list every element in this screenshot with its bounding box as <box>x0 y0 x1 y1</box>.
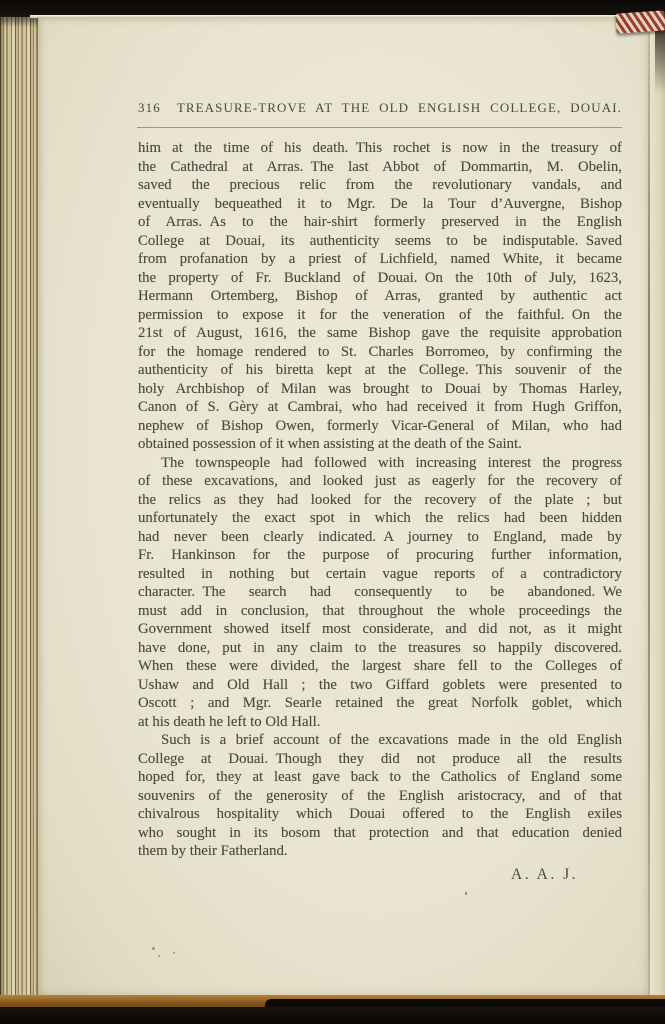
text-line: must add in conclusion, that throughout … <box>138 602 622 621</box>
text-line: College at Douai, its authenticity seems… <box>138 232 622 251</box>
text-line: saved the precious relic from the revolu… <box>138 176 622 195</box>
text-line: nephew of Bishop Owen, formerly Vicar-Ge… <box>138 417 622 436</box>
text-line: Hermann Ortemberg, Bishop of Arras, gran… <box>138 287 622 306</box>
text-line: chivalrous hospitality which Douai offer… <box>138 805 622 824</box>
text-line: 21st of August, 1616, the same Bishop ga… <box>138 324 622 343</box>
page-crease <box>648 22 650 994</box>
author-initials: A. A. J. <box>138 866 622 884</box>
text-line: Fr. Hankinson for the purpose of procuri… <box>138 546 622 565</box>
headband-top <box>615 10 665 33</box>
text-line: Government showed itself most considerat… <box>138 620 622 639</box>
text-line: hoped for, they at least gave back to th… <box>138 768 622 787</box>
text-line: Canon of S. Gèry at Cambrai, who had rec… <box>138 398 622 417</box>
page-edge-stack-left <box>0 17 40 1007</box>
text-line: the Cathedral at Arras. The last Abbot o… <box>138 158 622 177</box>
paragraph: Such is a brief account of the excavatio… <box>138 731 622 861</box>
text-line: Oscott ; and Mgr. Searle retained the gr… <box>138 694 622 713</box>
header-rule <box>137 127 622 128</box>
text-line: of Arras. As to the hair-shirt formerly … <box>138 213 622 232</box>
text-line: authenticity of his biretta kept at the … <box>138 361 622 380</box>
text-line: had never been clearly indicated. A jour… <box>138 528 622 547</box>
text-line: have done, put in any claim to the treas… <box>138 639 622 658</box>
text-line: unfortunately the exact spot in which th… <box>138 509 622 528</box>
text-line: souvenirs of the generosity of the Engli… <box>138 787 622 806</box>
running-title: TREASURE-TROVE AT THE OLD ENGLISH COLLEG… <box>177 100 622 116</box>
text-line: them by their Fatherland. <box>138 842 622 861</box>
text-line: character. The search had consequently t… <box>138 583 622 602</box>
text-line: Such is a brief account of the excavatio… <box>138 731 622 750</box>
text-line: at his death he left to Old Hall. <box>138 713 622 732</box>
text-line: College at Douai. Though they did not pr… <box>138 750 622 769</box>
page-speck <box>158 955 160 957</box>
text-line: of these excavations, and looked just as… <box>138 472 622 491</box>
text-line: holy Archbishop of Milan was brought to … <box>138 380 622 399</box>
running-header: 316 TREASURE-TROVE AT THE OLD ENGLISH CO… <box>138 100 622 116</box>
text-line: permission to expose it for the venerati… <box>138 306 622 325</box>
body-text: him at the time of his death. This roche… <box>138 139 622 861</box>
page-speck <box>173 952 175 954</box>
facing-page-edge <box>650 20 665 996</box>
text-line: resulted in nothing but certain vague re… <box>138 565 622 584</box>
page-speck <box>152 947 155 950</box>
book-cover-bottom <box>0 1007 665 1024</box>
text-line: the relics as they had looked for the re… <box>138 491 622 510</box>
text-line: The townspeople had followed with increa… <box>138 454 622 473</box>
text-line: who sought in its bosom that protection … <box>138 824 622 843</box>
book-scan: 316 TREASURE-TROVE AT THE OLD ENGLISH CO… <box>0 0 665 1024</box>
text-line: from profanation by a priest of Lichfiel… <box>138 250 622 269</box>
paragraph: him at the time of his death. This roche… <box>138 139 622 454</box>
text-line: Ushaw and Old Hall ; the two Giffard gob… <box>138 676 622 695</box>
text-line: the property of Fr. Buckland of Douai. O… <box>138 269 622 288</box>
page-speck <box>465 892 467 895</box>
text-line: obtained possession of it when assisting… <box>138 435 622 454</box>
text-line: him at the time of his death. This roche… <box>138 139 622 158</box>
text-line: for the homage rendered to St. Charles B… <box>138 343 622 362</box>
page-number: 316 <box>138 100 161 116</box>
text-line: eventually bequeathed it to Mgr. De la T… <box>138 195 622 214</box>
paragraph: The townspeople had followed with increa… <box>138 454 622 732</box>
text-line: When these were divided, the largest sha… <box>138 657 622 676</box>
